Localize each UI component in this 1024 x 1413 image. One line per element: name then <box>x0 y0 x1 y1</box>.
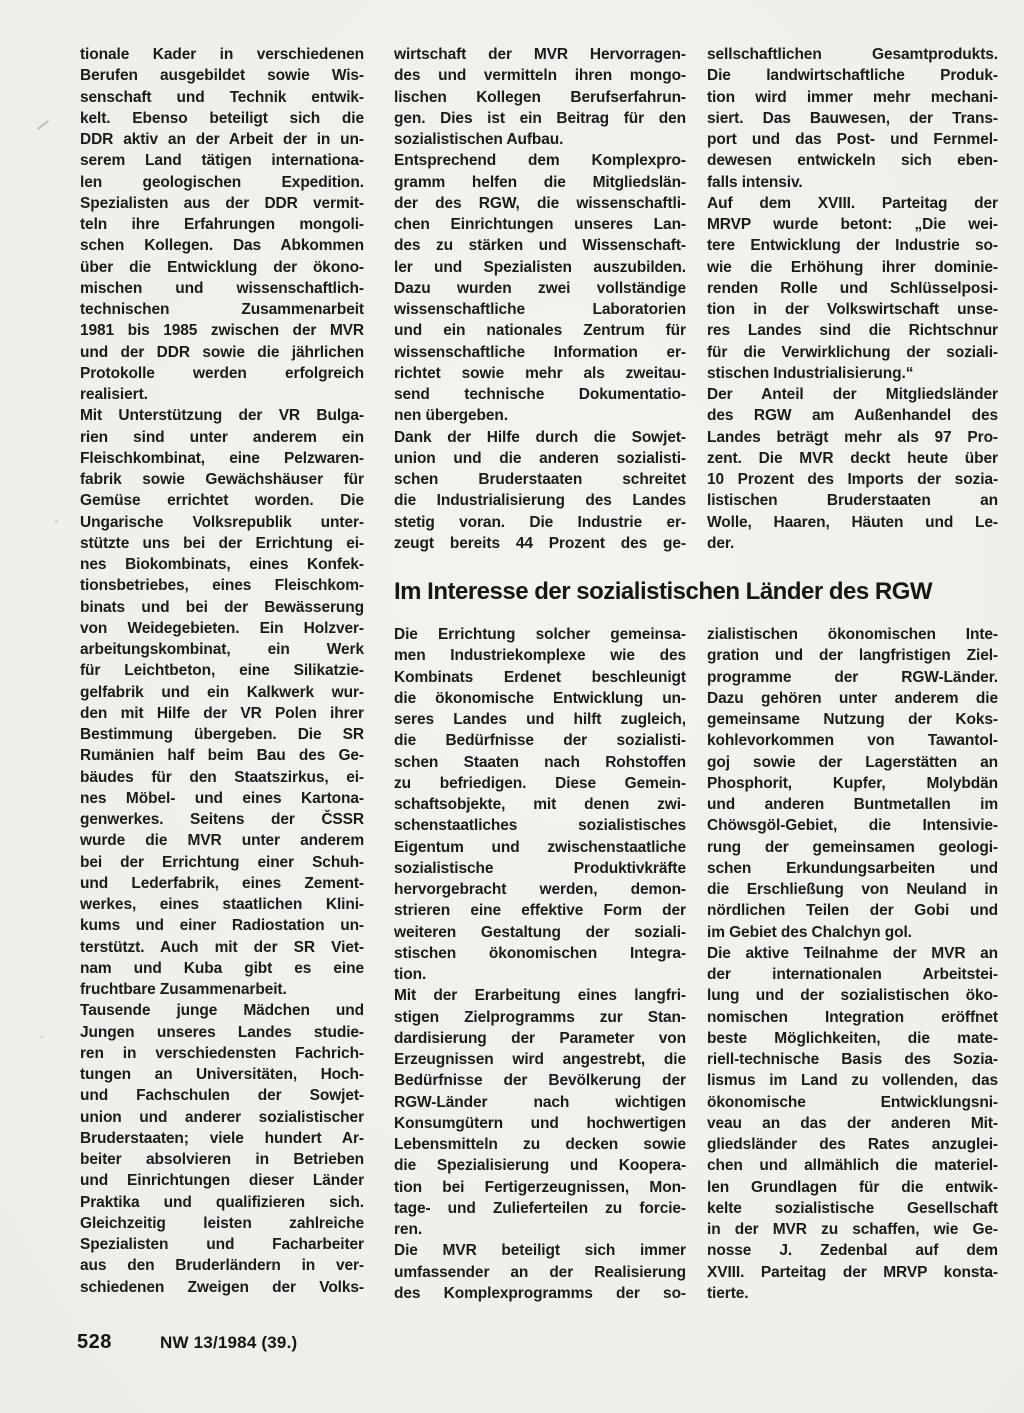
text-line: genwerkes. Seitens der ČSSR <box>80 809 364 830</box>
text-line: mischen und wissenschaftlich- <box>80 278 364 299</box>
text-line: Tausende junge Mädchen und <box>80 1000 364 1021</box>
text-line: die ökonomische Entwicklung un- <box>394 688 686 709</box>
text-line: nördlichen Teilen der Gobi und <box>707 900 998 921</box>
text-line: sozialistischen Aufbau. <box>394 129 686 150</box>
text-line: chen Einrichtungen unseres Lan- <box>394 214 686 235</box>
text-line: len Grundlagen für die entwik- <box>707 1177 998 1198</box>
text-line: lischen Kollegen Berufserfahrun- <box>394 87 686 108</box>
text-line: und der DDR sowie die jährlichen <box>80 342 364 363</box>
text-line: fruchtbare Zusammenarbeit. <box>80 979 364 1000</box>
text-line: chen und allmählich die materiel- <box>707 1155 998 1176</box>
text-line: Ungarische Volksrepublik unter- <box>80 512 364 533</box>
text-line: serem Land tätigen internationa- <box>80 150 364 171</box>
text-line: stigen Zielprogramms zur Stan- <box>394 1007 686 1028</box>
text-line: Mit der Erarbeitung eines langfri- <box>394 985 686 1006</box>
text-line: und Fachschulen der Sowjet- <box>80 1085 364 1106</box>
text-line: sozialistische Produktivkräfte <box>394 858 686 879</box>
text-line: tion wird immer mehr mechani- <box>707 87 998 108</box>
text-line: gelfabrik und ein Kalkwerk wur- <box>80 682 364 703</box>
text-line: lismus im Land zu vollenden, das <box>707 1070 998 1091</box>
text-line: hervorgebracht werden, demon- <box>394 879 686 900</box>
text-line: 1981 bis 1985 zwischen der MVR <box>80 320 364 341</box>
text-line: zent. Die MVR deckt heute über <box>707 448 998 469</box>
text-line: Erzeugnissen wird angestrebt, die <box>394 1049 686 1070</box>
text-line: des zu stärken und Wissenschaft- <box>394 235 686 256</box>
text-line: tion. <box>394 964 686 985</box>
text-line: gen. Dies ist ein Beitrag für den <box>394 108 686 129</box>
text-line: seres Landes und hilft zugleich, <box>394 709 686 730</box>
middle-column-upper: wirtschaft der MVR Hervorragen-des und v… <box>394 44 686 554</box>
text-line: nes Möbel- und eines Kartona- <box>80 788 364 809</box>
text-line: gration und der langfristigen Ziel- <box>707 645 998 666</box>
text-line: Wolle, Haaren, Häuten und Le- <box>707 512 998 533</box>
text-line: union und die anderen sozialisti- <box>394 448 686 469</box>
text-line: res Landes sind die Richtschnur <box>707 320 998 341</box>
text-line: gemeinsame Nutzung der Koks- <box>707 709 998 730</box>
text-line: schen Bruderstaaten schreitet <box>394 469 686 490</box>
text-line: der internationalen Arbeitstei- <box>707 964 998 985</box>
text-line: der. <box>707 533 998 554</box>
text-line: der des RGW, die wissenschaftli- <box>394 193 686 214</box>
text-line: Kombinats Erdenet beschleunigt <box>394 667 686 688</box>
text-line: umfassender an der Realisierung <box>394 1262 686 1283</box>
text-line: tion bei Fertigerzeugnissen, Mon- <box>394 1177 686 1198</box>
text-line: strieren eine effektive Form der <box>394 900 686 921</box>
text-line: Berufen ausgebildet sowie Wis- <box>80 65 364 86</box>
text-line: programme der RGW-Länder. <box>707 667 998 688</box>
text-line: ökonomische Entwicklungsni- <box>707 1092 998 1113</box>
text-line: stützte uns bei der Errichtung ei- <box>80 533 364 554</box>
text-line: und anderen Buntmetallen im <box>707 794 998 815</box>
text-line: für Leichtbeton, eine Silikatzie- <box>80 660 364 681</box>
text-line: kums und einer Radiostation un- <box>80 915 364 936</box>
magazine-page: tionale Kader in verschiedenenBerufen au… <box>0 0 1024 1413</box>
text-line: Fleischkombinat, eine Pelzwaren- <box>80 448 364 469</box>
text-line: schenstaatliches sozialistisches <box>394 815 686 836</box>
text-line: renden Rolle und Schlüsselposi- <box>707 278 998 299</box>
text-line: Eigentum und zwischenstaatliche <box>394 837 686 858</box>
text-line: dewesen entwickeln sich eben- <box>707 150 998 171</box>
text-line: werkes, eines staatlichen Klini- <box>80 894 364 915</box>
text-line: nam und Kuba gibt es eine <box>80 958 364 979</box>
text-line: wissenschaftliche Information er- <box>394 342 686 363</box>
text-line: wurde die MVR unter anderem <box>80 830 364 851</box>
text-line: listischen Bruderstaaten an <box>707 490 998 511</box>
text-line: len geologischen Expedition. <box>80 172 364 193</box>
text-line: sellschaftlichen Gesamtprodukts. <box>707 44 998 65</box>
text-line: die Industrialisierung des Landes <box>394 490 686 511</box>
text-line: und Lederfabrik, eines Zement- <box>80 873 364 894</box>
text-line: stischen ökonomischen Integra- <box>394 943 686 964</box>
text-line: MRVP wurde betont: „Die wei- <box>707 214 998 235</box>
text-line: ren in verschiedensten Fachrich- <box>80 1043 364 1064</box>
text-line: lung und der sozialistischen öko- <box>707 985 998 1006</box>
text-line: zialistischen ökonomischen Inte- <box>707 624 998 645</box>
text-line: den mit Hilfe der VR Polen ihrer <box>80 703 364 724</box>
text-line: des Komplexprogramms der so- <box>394 1283 686 1304</box>
text-line: Die Errichtung solcher gemeinsa- <box>394 624 686 645</box>
text-line: arbeitungskombinat, ein Werk <box>80 639 364 660</box>
text-line: richtet sowie mehr als zweitau- <box>394 363 686 384</box>
text-line: Landes beträgt mehr als 97 Pro- <box>707 427 998 448</box>
text-line: schen Staaten nach Rohstoffen <box>394 752 686 773</box>
text-line: stetig voran. Die Industrie er- <box>394 512 686 533</box>
text-line: veau an das der anderen Mit- <box>707 1113 998 1134</box>
text-line: für die Verwirklichung der soziali- <box>707 342 998 363</box>
text-line: binats und bei der Bewässerung <box>80 597 364 618</box>
text-line: dardisierung der Parameter von <box>394 1028 686 1049</box>
scan-artifact <box>37 120 49 130</box>
text-line: in der MVR zu schaffen, wie Ge- <box>707 1219 998 1240</box>
text-line: Der Anteil der Mitgliedsländer <box>707 384 998 405</box>
text-line: Rumänien half beim Bau des Ge- <box>80 745 364 766</box>
text-line: kohlevorkommen von Tawantol- <box>707 730 998 751</box>
text-line: die Spezialisierung und Koopera- <box>394 1155 686 1176</box>
text-line: ren. <box>394 1219 686 1240</box>
text-line: zeugt bereits 44 Prozent des ge- <box>394 533 686 554</box>
text-line: teln ihre Erfahrungen mongoli- <box>80 214 364 235</box>
text-line: nen übergeben. <box>394 405 686 426</box>
text-line: die Bedürfnisse der sozialisti- <box>394 730 686 751</box>
text-line: technischen Zusammenarbeit <box>80 299 364 320</box>
text-line: von Weidegebieten. Ein Holzver- <box>80 618 364 639</box>
text-line: beiter absolvieren in Betrieben <box>80 1149 364 1170</box>
text-line: Die aktive Teilnahme der MVR an <box>707 943 998 964</box>
text-line: Dank der Hilfe durch die Sowjet- <box>394 427 686 448</box>
text-line: beste Möglichkeiten, die mate- <box>707 1028 998 1049</box>
text-line: gliedsländer des Rates anzuglei- <box>707 1134 998 1155</box>
text-line: bäudes für den Staatszirkus, ei- <box>80 767 364 788</box>
text-line: tere Entwicklung der Industrie so- <box>707 235 998 256</box>
text-line: Bedürfnisse der Bevölkerung der <box>394 1070 686 1091</box>
text-line: ler und Spezialisten auszubilden. <box>394 257 686 278</box>
text-line: rung der gemeinsamen geologi- <box>707 837 998 858</box>
text-line: realisiert. <box>80 384 364 405</box>
left-column: tionale Kader in verschiedenenBerufen au… <box>80 44 364 1298</box>
section-heading: Im Interesse der sozialistischen Länder … <box>394 576 1014 608</box>
text-line: terstützt. Auch mit der SR Viet- <box>80 937 364 958</box>
text-line: gramm helfen die Mitgliedslän- <box>394 172 686 193</box>
text-line: XVIII. Parteitag der MRVP konsta- <box>707 1262 998 1283</box>
text-line: Entsprechend dem Komplexpro- <box>394 150 686 171</box>
text-line: schaftsobjekte, mit denen zwi- <box>394 794 686 815</box>
text-line: Konsumgütern und hochwertigen <box>394 1113 686 1134</box>
text-line: kelte sozialistische Gesellschaft <box>707 1198 998 1219</box>
text-line: Spezialisten aus der DDR vermit- <box>80 193 364 214</box>
text-line: Dazu wurden zwei vollständige <box>394 278 686 299</box>
text-line: Die landwirtschaftliche Produk- <box>707 65 998 86</box>
page-number: 528 <box>77 1331 112 1354</box>
text-line: men Industriekomplexe wie des <box>394 645 686 666</box>
text-line: senschaft und Technik entwik- <box>80 87 364 108</box>
text-line: nes Biokombinats, eines Konfek- <box>80 554 364 575</box>
text-line: send technische Dokumentatio- <box>394 384 686 405</box>
text-line: nosse J. Zedenbal auf dem <box>707 1240 998 1261</box>
text-line: tungen an Universitäten, Hoch- <box>80 1064 364 1085</box>
text-line: aus den Bruderländern in ver- <box>80 1255 364 1276</box>
text-line: union und anderer sozialistischer <box>80 1107 364 1128</box>
text-line: die Erschließung von Neuland in <box>707 879 998 900</box>
text-line: des und vermitteln ihren mongo- <box>394 65 686 86</box>
text-line: schiedenen Zweigen der Volks- <box>80 1277 364 1298</box>
text-line: Phosphorit, Kupfer, Molybdän <box>707 773 998 794</box>
right-column-lower: zialistischen ökonomischen Inte-gration … <box>707 624 998 1304</box>
text-line: Auf dem XVIII. Parteitag der <box>707 193 998 214</box>
text-line: Dazu gehören unter anderem die <box>707 688 998 709</box>
text-line: und ein nationales Zentrum für <box>394 320 686 341</box>
text-line: Lebensmitteln zu decken sowie <box>394 1134 686 1155</box>
text-line: Die MVR beteiligt sich immer <box>394 1240 686 1261</box>
text-line: stischen Industrialisierung.“ <box>707 363 998 384</box>
middle-column-lower: Die Errichtung solcher gemeinsa-men Indu… <box>394 624 686 1304</box>
text-line: kelt. Ebenso beteiligt sich die <box>80 108 364 129</box>
text-line: über die Entwicklung der ökono- <box>80 257 364 278</box>
text-line: im Gebiet des Chalchyn gol. <box>707 922 998 943</box>
text-line: falls intensiv. <box>707 172 998 193</box>
text-line: tierte. <box>707 1283 998 1304</box>
text-line: 10 Prozent des Imports der sozia- <box>707 469 998 490</box>
text-line: tionale Kader in verschiedenen <box>80 44 364 65</box>
text-line: und Einrichtungen dieser Länder <box>80 1170 364 1191</box>
text-line: tionsbetriebes, eines Fleischkom- <box>80 575 364 596</box>
text-line: DDR aktiv an der Arbeit der in un- <box>80 129 364 150</box>
text-line: Praktika und qualifizieren sich. <box>80 1192 364 1213</box>
right-column-upper: sellschaftlichen Gesamtprodukts.Die land… <box>707 44 998 554</box>
text-line: riell-technische Basis des Sozia- <box>707 1049 998 1070</box>
text-line: des RGW am Außenhandel des <box>707 405 998 426</box>
text-line: RGW-Länder nach wichtigen <box>394 1092 686 1113</box>
scan-artifact <box>40 1036 43 1038</box>
scan-artifact <box>55 520 58 523</box>
text-line: tage- und Zulieferteilen zu forcie- <box>394 1198 686 1219</box>
text-line: Spezialisten und Facharbeiter <box>80 1234 364 1255</box>
text-line: zu befriedigen. Diese Gemein- <box>394 773 686 794</box>
text-line: Mit Unterstützung der VR Bulga- <box>80 405 364 426</box>
issue-label: NW 13/1984 (39.) <box>160 1333 297 1353</box>
text-line: Gleichzeitig leisten zahlreiche <box>80 1213 364 1234</box>
text-line: wissenschaftliche Laboratorien <box>394 299 686 320</box>
text-line: Bruderstaaten; viele hundert Ar- <box>80 1128 364 1149</box>
text-line: goj sowie der Lagerstätten an <box>707 752 998 773</box>
text-line: siert. Das Bauwesen, der Trans- <box>707 108 998 129</box>
text-line: weiteren Gestaltung der soziali- <box>394 922 686 943</box>
text-line: wie die Erhöhung ihrer dominie- <box>707 257 998 278</box>
text-line: nomischen Integration eröffnet <box>707 1007 998 1028</box>
text-line: Chöwsgöl-Gebiet, die Intensivie- <box>707 815 998 836</box>
text-line: schen Erkundungsarbeiten und <box>707 858 998 879</box>
text-line: schen Kollegen. Das Abkommen <box>80 235 364 256</box>
text-line: rien sind unter anderem ein <box>80 427 364 448</box>
text-line: tion in der Volkswirtschaft unse- <box>707 299 998 320</box>
text-line: Bestimmung übergeben. Die SR <box>80 724 364 745</box>
text-line: port und das Post- und Fernmel- <box>707 129 998 150</box>
text-line: Protokolle werden erfolgreich <box>80 363 364 384</box>
text-line: fabrik sowie Gewächshäuser für <box>80 469 364 490</box>
text-line: Gemüse errichtet worden. Die <box>80 490 364 511</box>
text-line: wirtschaft der MVR Hervorragen- <box>394 44 686 65</box>
text-line: bei der Errichtung einer Schuh- <box>80 852 364 873</box>
text-line: Jungen unseres Landes studie- <box>80 1022 364 1043</box>
